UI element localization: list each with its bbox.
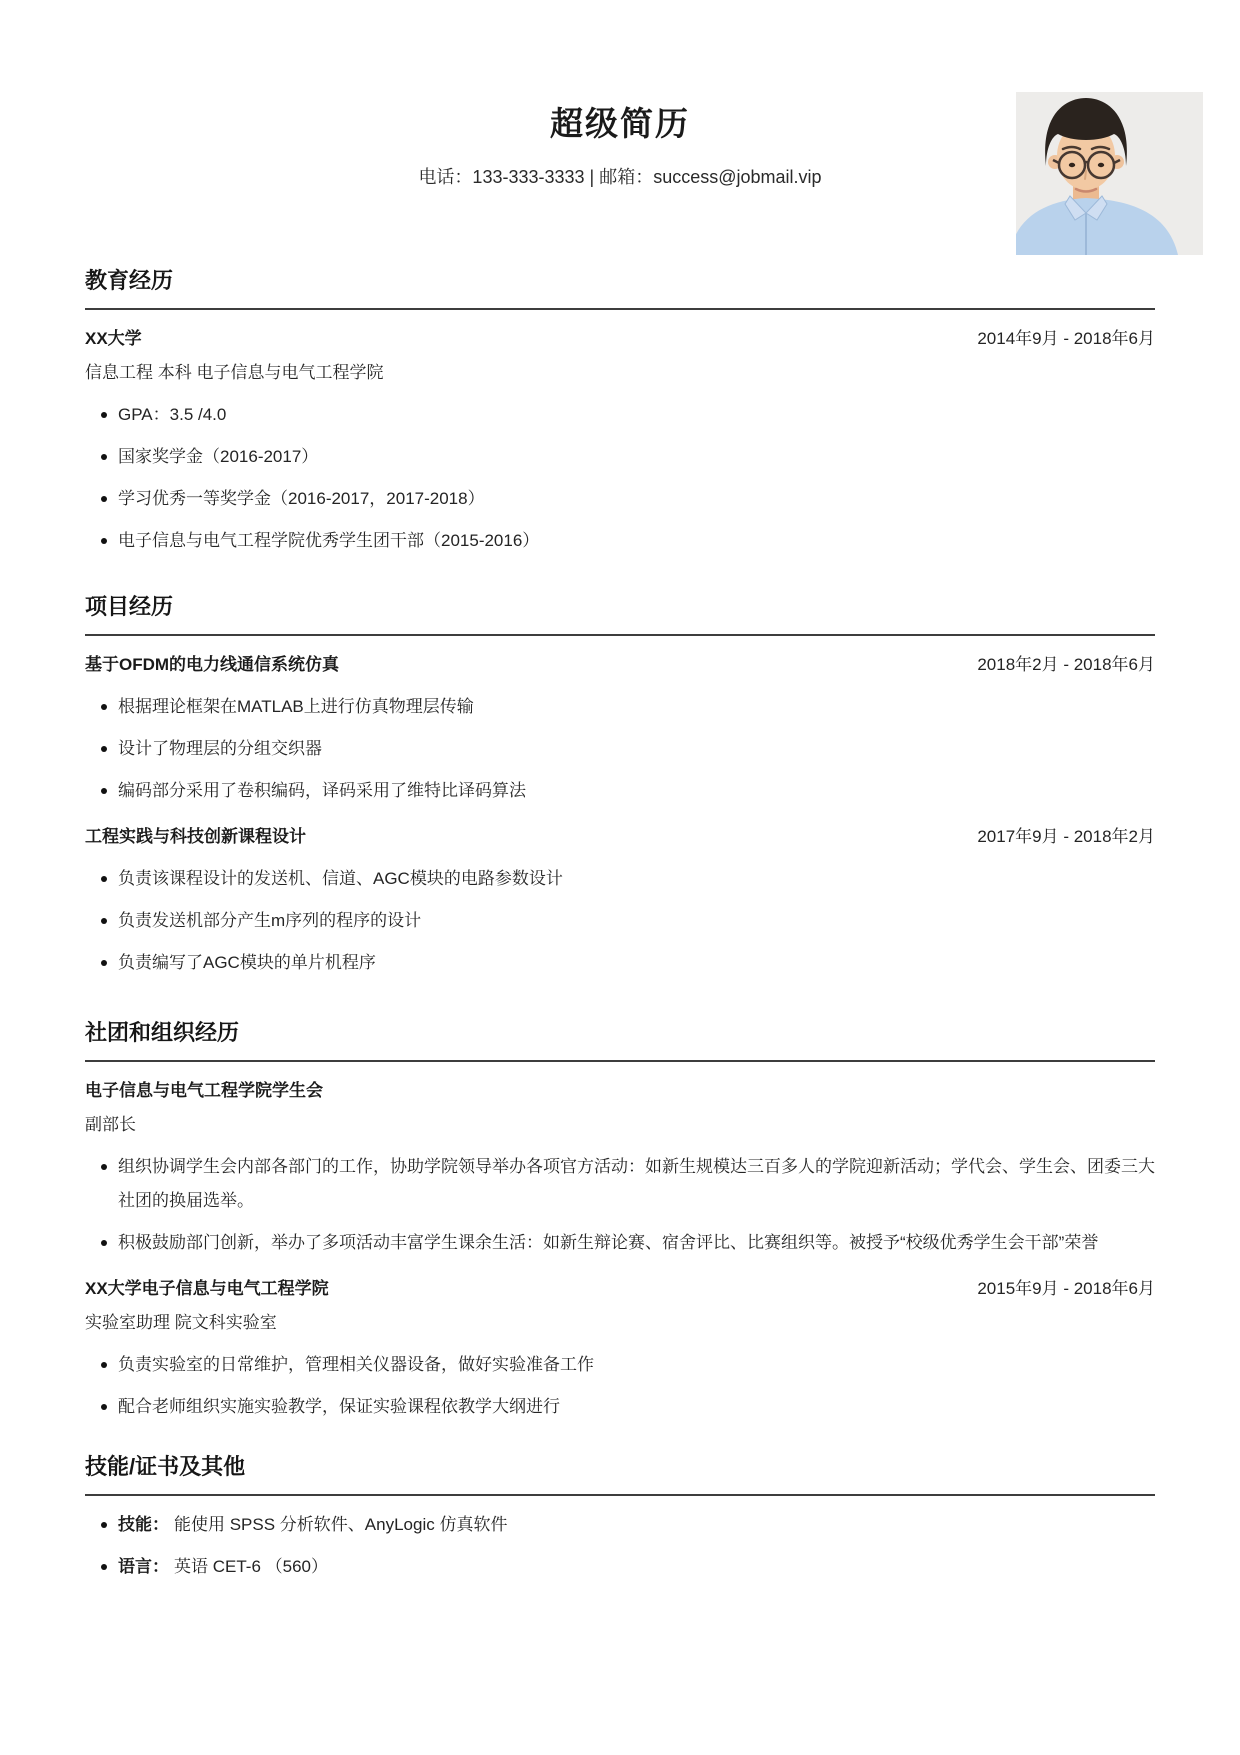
entry-subtitle: 实验室助理 院文科实验室 [85,1310,1155,1336]
entry-date: 2018年2月 - 2018年6月 [977,652,1155,678]
education-entry: XX大学 2014年9月 - 2018年6月 信息工程 本科 电子信息与电气工程… [85,326,1155,558]
skill-text: 英语 CET-6 （560） [174,1557,328,1576]
section-organizations: 社团和组织经历 电子信息与电气工程学院学生会 副部长 组织协调学生会内部各部门的… [85,1018,1155,1424]
bullet-list: 组织协调学生会内部各部门的工作，协助学院领导举办各项官方活动：如新生规模达三百多… [85,1150,1155,1260]
project-entry: 基于OFDM的电力线通信系统仿真 2018年2月 - 2018年6月 根据理论框… [85,652,1155,808]
entry-header-row: 电子信息与电气工程学院学生会 [85,1078,1155,1104]
entry-date: 2017年9月 - 2018年2月 [977,824,1155,850]
bullet-item: 电子信息与电气工程学院优秀学生团干部（2015-2016） [85,524,1155,558]
section-education: 教育经历 XX大学 2014年9月 - 2018年6月 信息工程 本科 电子信息… [85,266,1155,558]
bullet-item: 负责该课程设计的发送机、信道、AGC模块的电路参数设计 [85,862,1155,896]
entry-title: XX大学电子信息与电气工程学院 [85,1276,329,1302]
bullet-list: GPA：3.5 /4.0 国家奖学金（2016-2017） 学习优秀一等奖学金（… [85,398,1155,558]
bullet-list: 根据理论框架在MATLAB上进行仿真物理层传输 设计了物理层的分组交织器 编码部… [85,690,1155,808]
content-column: 教育经历 XX大学 2014年9月 - 2018年6月 信息工程 本科 电子信息… [0,266,1240,1584]
entry-date: 2014年9月 - 2018年6月 [977,326,1155,352]
bullet-list: 技能：能使用 SPSS 分析软件、AnyLogic 仿真软件 语言：英语 CET… [85,1508,1155,1584]
bullet-list: 负责该课程设计的发送机、信道、AGC模块的电路参数设计 负责发送机部分产生m序列… [85,862,1155,980]
bullet-item: 组织协调学生会内部各部门的工作，协助学院领导举办各项官方活动：如新生规模达三百多… [85,1150,1155,1218]
organization-entry: 电子信息与电气工程学院学生会 副部长 组织协调学生会内部各部门的工作，协助学院领… [85,1078,1155,1260]
section-heading-projects: 项目经历 [85,592,1155,636]
entry-title: 电子信息与电气工程学院学生会 [85,1078,323,1104]
section-projects: 项目经历 基于OFDM的电力线通信系统仿真 2018年2月 - 2018年6月 … [85,592,1155,980]
entry-header-row: XX大学 2014年9月 - 2018年6月 [85,326,1155,352]
skill-item: 技能：能使用 SPSS 分析软件、AnyLogic 仿真软件 [85,1508,1155,1542]
entry-header-row: XX大学电子信息与电气工程学院 2015年9月 - 2018年6月 [85,1276,1155,1302]
profile-photo [1016,92,1203,255]
bullet-item: 负责发送机部分产生m序列的程序的设计 [85,904,1155,938]
entry-header-row: 基于OFDM的电力线通信系统仿真 2018年2月 - 2018年6月 [85,652,1155,678]
bullet-item: 学习优秀一等奖学金（2016-2017，2017-2018） [85,482,1155,516]
section-skills: 技能/证书及其他 技能：能使用 SPSS 分析软件、AnyLogic 仿真软件 … [85,1452,1155,1584]
bullet-item: 根据理论框架在MATLAB上进行仿真物理层传输 [85,690,1155,724]
entry-subtitle: 信息工程 本科 电子信息与电气工程学院 [85,360,1155,386]
entry-date: 2015年9月 - 2018年6月 [977,1276,1155,1302]
entry-title: 基于OFDM的电力线通信系统仿真 [85,652,339,678]
bullet-list: 负责实验室的日常维护，管理相关仪器设备，做好实验准备工作 配合老师组织实施实验教… [85,1348,1155,1424]
resume-page: 超级简历 电话：133-333-3333 | 邮箱：success@jobmai… [0,0,1240,1755]
organization-entry: XX大学电子信息与电气工程学院 2015年9月 - 2018年6月 实验室助理 … [85,1276,1155,1424]
bullet-item: 负责编写了AGC模块的单片机程序 [85,946,1155,980]
section-heading-organizations: 社团和组织经历 [85,1018,1155,1062]
skill-label: 技能： [118,1515,169,1534]
bullet-item: 设计了物理层的分组交织器 [85,732,1155,766]
project-entry: 工程实践与科技创新课程设计 2017年9月 - 2018年2月 负责该课程设计的… [85,824,1155,980]
bullet-item: GPA：3.5 /4.0 [85,398,1155,432]
bullet-item: 负责实验室的日常维护，管理相关仪器设备，做好实验准备工作 [85,1348,1155,1382]
bullet-item: 编码部分采用了卷积编码，译码采用了维特比译码算法 [85,774,1155,808]
entry-header-row: 工程实践与科技创新课程设计 2017年9月 - 2018年2月 [85,824,1155,850]
section-heading-education: 教育经历 [85,266,1155,310]
bullet-item: 积极鼓励部门创新，举办了多项活动丰富学生课余生活：如新生辩论赛、宿舍评比、比赛组… [85,1226,1155,1260]
skill-item: 语言：英语 CET-6 （560） [85,1550,1155,1584]
section-heading-skills: 技能/证书及其他 [85,1452,1155,1496]
bullet-item: 配合老师组织实施实验教学，保证实验课程依教学大纲进行 [85,1390,1155,1424]
skill-label: 语言： [118,1557,169,1576]
bullet-item: 国家奖学金（2016-2017） [85,440,1155,474]
entry-title: XX大学 [85,326,142,352]
skill-text: 能使用 SPSS 分析软件、AnyLogic 仿真软件 [174,1515,507,1534]
entry-title: 工程实践与科技创新课程设计 [85,824,306,850]
entry-subtitle: 副部长 [85,1112,1155,1138]
